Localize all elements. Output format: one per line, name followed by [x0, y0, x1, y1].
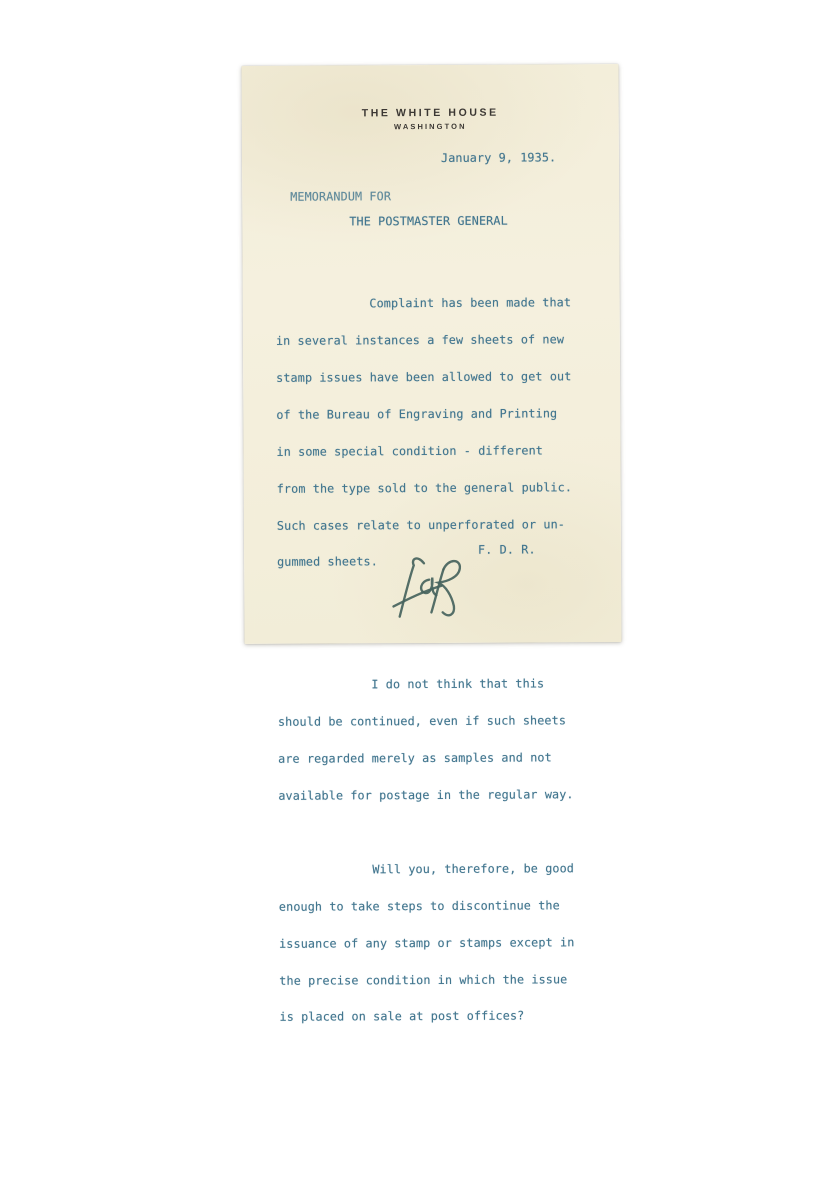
text-line: the precise condition in which the issue — [279, 973, 574, 987]
text-line: should be continued, even if such sheets — [278, 715, 573, 729]
memo-label: MEMORANDUM FOR — [290, 190, 391, 203]
text-line: of the Bureau of Engraving and Printing — [276, 407, 571, 421]
handwritten-signature — [390, 552, 468, 638]
memo-document: THE WHITE HOUSE WASHINGTON January 9, 19… — [241, 64, 621, 644]
typed-initials: F. D. R. — [478, 543, 536, 556]
text-line: in some special condition - different — [276, 444, 571, 458]
text-line: in several instances a few sheets of new — [276, 333, 571, 347]
text-line: enough to take steps to discontinue the — [279, 899, 574, 913]
text-line: issuance of any stamp or stamps except i… — [279, 936, 574, 950]
text-line: is placed on sale at post offices? — [279, 1010, 574, 1024]
fdr-signature-icon — [390, 552, 468, 638]
text-line: stamp issues have been allowed to get ou… — [276, 370, 571, 384]
text-line: Will you, therefore, be good — [279, 862, 574, 876]
text-line: Such cases relate to unperforated or un- — [277, 518, 572, 532]
text-line — [278, 825, 573, 839]
letterhead-city: WASHINGTON — [242, 121, 619, 132]
date-line: January 9, 1935. — [441, 151, 556, 164]
letterhead-title: THE WHITE HOUSE — [242, 106, 619, 120]
text-line: available for postage in the regular way… — [278, 788, 573, 802]
recipient-line: THE POSTMASTER GENERAL — [349, 215, 508, 228]
text-line: from the type sold to the general public… — [277, 481, 572, 495]
letterhead: THE WHITE HOUSE WASHINGTON — [242, 106, 619, 132]
text-line: Complaint has been made that — [276, 296, 571, 310]
text-line: I do not think that this — [278, 678, 573, 692]
paragraph-2-3: I do not think that this should be conti… — [278, 653, 575, 1048]
memo-body: Complaint has been made that in several … — [275, 247, 575, 1072]
scan-background: THE WHITE HOUSE WASHINGTON January 9, 19… — [0, 0, 819, 1197]
text-line: are regarded merely as samples and not — [278, 751, 573, 765]
